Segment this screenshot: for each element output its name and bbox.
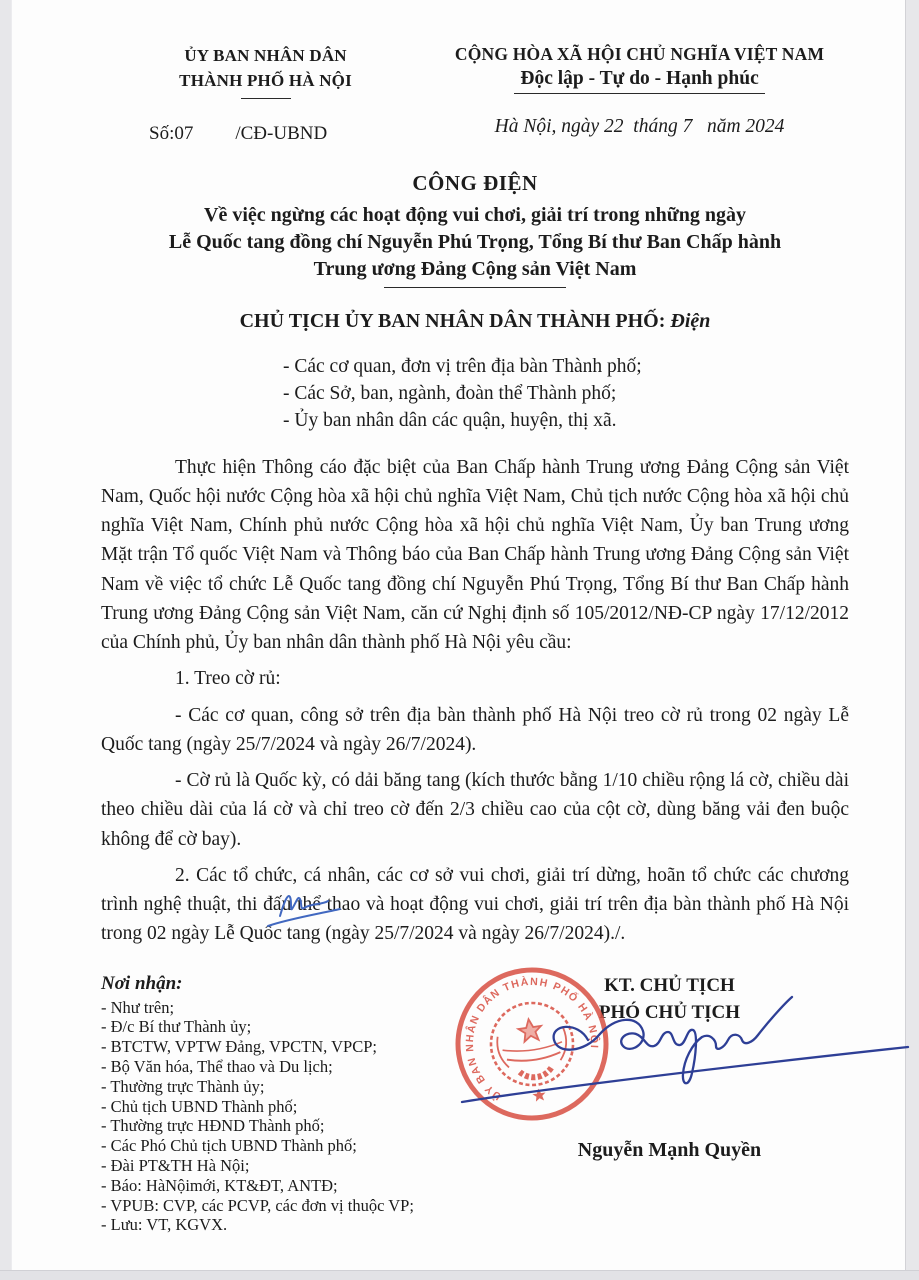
document-photo: { "colors": { "stamp_red": "#d95549", "s… [0, 0, 919, 1280]
photo-bottom-edge [0, 1270, 919, 1280]
document-header: ỦY BAN NHÂN DÂN THÀNH PHỐ HÀ NỘI Số:07/C… [101, 44, 849, 145]
noi-nhan-item: - Bộ Văn hóa, Thể thao và Du lịch; [101, 1057, 490, 1077]
noi-nhan-item: - Lưu: VT, KGVX. [101, 1215, 490, 1235]
recipient-item: - Các cơ quan, đơn vị trên địa bàn Thành… [283, 353, 849, 380]
noi-nhan-item: - Báo: HàNộimới, KT&ĐT, ANTĐ; [101, 1176, 490, 1196]
body-paragraph: 2. Các tổ chức, cá nhân, các cơ sở vui c… [101, 861, 849, 949]
noi-nhan-item: - Đ/c Bí thư Thành ủy; [101, 1017, 490, 1037]
doc-number-symbol: /CĐ-UBND [235, 123, 327, 144]
signature-ink [440, 988, 912, 1112]
issuer-action: Điện [670, 310, 710, 332]
noi-nhan-item: - Thường trực HĐND Thành phố; [101, 1116, 490, 1136]
noi-nhan-label: Nơi nhận: [101, 973, 490, 995]
noi-nhan-item: - BTCTW, VPTW Đảng, VPCTN, VPCP; [101, 1037, 490, 1057]
body-paragraph: - Cờ rủ là Quốc kỳ, có dải băng tang (kí… [101, 766, 849, 854]
national-title: CỘNG HÒA XÃ HỘI CHỦ NGHĨA VIỆT NAM [430, 44, 849, 65]
subject-lines: Về việc ngừng các hoạt động vui chơi, gi… [101, 202, 849, 282]
body-paragraph: - Các cơ quan, công sở trên địa bàn thàn… [101, 701, 849, 760]
noi-nhan-item: - Đài PT&TH Hà Nội; [101, 1156, 490, 1176]
national-header-block: CỘNG HÒA XÃ HỘI CHỦ NGHĨA VIỆT NAM Độc l… [430, 44, 849, 145]
noi-nhan-block: Nơi nhận: - Như trên;- Đ/c Bí thư Thành … [101, 973, 490, 1236]
noi-nhan-item: - Các Phó Chủ tịch UBND Thành phố; [101, 1136, 490, 1156]
approval-initials-ink [262, 884, 348, 932]
body-text: Thực hiện Thông cáo đặc biệt của Ban Chấ… [101, 453, 849, 949]
subject-line: Lễ Quốc tang đồng chí Nguyễn Phú Trọng, … [101, 229, 849, 256]
recipient-item: - Các Sở, ban, ngành, đoàn thể Thành phố… [283, 380, 849, 407]
body-paragraph: Thực hiện Thông cáo đặc biệt của Ban Chấ… [101, 453, 849, 658]
noi-nhan-item: - Thường trực Thành ủy; [101, 1077, 490, 1097]
title-block: CÔNG ĐIỆN Về việc ngừng các hoạt động vu… [101, 171, 849, 332]
recipient-item: - Ủy ban nhân dân các quận, huyện, thị x… [283, 407, 849, 434]
recipient-list: - Các cơ quan, đơn vị trên địa bàn Thành… [283, 353, 849, 435]
body-paragraph: 1. Treo cờ rủ: [101, 664, 849, 693]
issuing-org-block: ỦY BAN NHÂN DÂN THÀNH PHỐ HÀ NỘI Số:07/C… [101, 44, 430, 145]
signer-name: Nguyễn Mạnh Quyền [490, 1139, 849, 1162]
subject-line: Về việc ngừng các hoạt động vui chơi, gi… [101, 202, 849, 229]
subject-line: Trung ương Đảng Cộng sản Việt Nam [101, 256, 849, 283]
date-line: Hà Nội, ngày 22 tháng 7 năm 2024 [430, 116, 849, 138]
org-name-line1: ỦY BAN NHÂN DÂN [101, 44, 430, 69]
issuer-text: CHỦ TỊCH ỦY BAN NHÂN DÂN THÀNH PHỐ: [240, 310, 666, 332]
doc-type-title: CÔNG ĐIỆN [101, 171, 849, 196]
issuer-line: CHỦ TỊCH ỦY BAN NHÂN DÂN THÀNH PHỐ: Điện [101, 310, 849, 333]
subject-underline [384, 287, 566, 288]
document-page: ỦY BAN NHÂN DÂN THÀNH PHỐ HÀ NỘI Số:07/C… [11, 0, 906, 1271]
noi-nhan-item: - VPUB: CVP, các PCVP, các đơn vị thuộc … [101, 1196, 490, 1216]
org-name-line2: THÀNH PHỐ HÀ NỘI [101, 69, 430, 94]
org-underline [241, 98, 291, 99]
doc-number-label: Số:07 [149, 123, 193, 144]
national-motto: Độc lập - Tự do - Hạnh phúc [514, 68, 764, 94]
noi-nhan-list: - Như trên;- Đ/c Bí thư Thành ủy;- BTCTW… [101, 998, 490, 1236]
doc-number: Số:07/CĐ-UBND [101, 123, 430, 145]
noi-nhan-item: - Như trên; [101, 998, 490, 1018]
noi-nhan-item: - Chủ tịch UBND Thành phố; [101, 1097, 490, 1117]
